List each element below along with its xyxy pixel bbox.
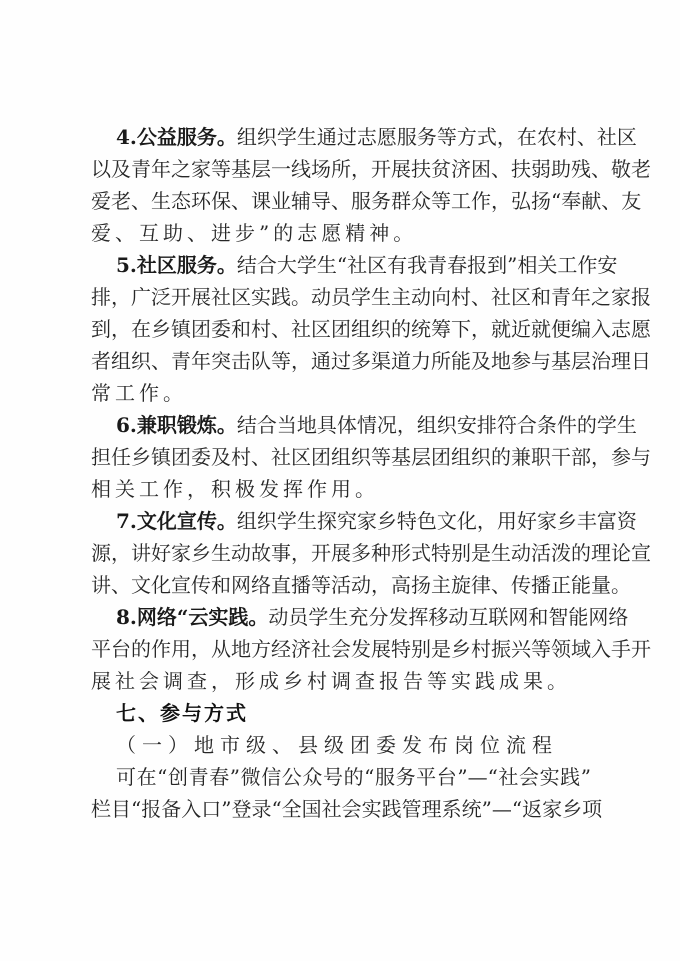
- paragraph-item-5-line-5: 常工作。: [91, 378, 591, 408]
- paragraph-item-7-line-1: 7.文化宣传。组织学生探究家乡特色文化，用好家乡丰富资: [116, 506, 591, 536]
- paragraph-item-8-line-1: 8.网络“云实践。动员学生充分发挥移动互联网和智能网络: [116, 602, 591, 632]
- paragraph-item-4-line-2: 以及青年之家等基层一线场所，开展扶贫济困、扶弱助残、敬老: [91, 154, 591, 184]
- item-4-text: 组织学生通过志愿服务等方式，在农村、社区: [237, 125, 637, 149]
- paragraph-item-8-line-3: 展社会调查，形成乡村调查报告等实践成果。: [91, 666, 591, 696]
- item-6-heading: 6.兼职锻炼。: [116, 413, 237, 437]
- item-5-heading: 5.社区服务。: [116, 253, 237, 277]
- paragraph-item-4-line-3: 爱老、生态环保、课业辅导、服务群众等工作，弘扬“奉献、友: [91, 186, 591, 216]
- section-heading: 七、参与方式: [116, 698, 591, 728]
- subsection-heading: （一）地市级、县级团委发布岗位流程: [116, 730, 591, 760]
- item-4-heading: 4.公益服务。: [116, 125, 237, 149]
- item-8-heading: 8.网络“云实践。: [116, 605, 268, 629]
- paragraph-item-5-line-1: 5.社区服务。结合大学生“社区有我青春报到”相关工作安: [116, 250, 591, 280]
- paragraph-item-8-line-2: 平台的作用，从地方经济社会发展特别是乡村振兴等领域入手开: [91, 634, 591, 664]
- paragraph-item-4-line-4: 爱、互助、进步”的志愿精神。: [91, 218, 591, 248]
- paragraph-item-6-line-1: 6.兼职锻炼。结合当地具体情况，组织安排符合条件的学生: [116, 410, 591, 440]
- item-7-text: 组织学生探究家乡特色文化，用好家乡丰富资: [237, 509, 637, 533]
- item-6-text: 结合当地具体情况，组织安排符合条件的学生: [237, 413, 637, 437]
- paragraph-item-5-line-3: 到，在乡镇团委和村、社区团组织的统筹下，就近就便编入志愿: [91, 314, 591, 344]
- final-paragraph-line-2: 栏目“报备入口”登录“全国社会实践管理系统”—“返家乡项: [91, 794, 591, 824]
- paragraph-item-6-line-3: 相关工作，积极发挥作用。: [91, 474, 591, 504]
- paragraph-item-7-line-3: 讲、文化宣传和网络直播等活动，高扬主旋律、传播正能量。: [91, 570, 591, 600]
- item-7-heading: 7.文化宣传。: [116, 509, 237, 533]
- paragraph-item-7-line-2: 源，讲好家乡生动故事，开展多种形式特别是生动活泼的理论宣: [91, 538, 591, 568]
- document-page: 4.公益服务。组织学生通过志愿服务等方式，在农村、社区 以及青年之家等基层一线场…: [0, 0, 680, 961]
- paragraph-item-5-line-2: 排，广泛开展社区实践。动员学生主动向村、社区和青年之家报: [91, 282, 591, 312]
- item-5-text: 结合大学生“社区有我青春报到”相关工作安: [237, 253, 617, 277]
- paragraph-item-4-line-1: 4.公益服务。组织学生通过志愿服务等方式，在农村、社区: [116, 122, 591, 152]
- final-paragraph-line-1: 可在“创青春”微信公众号的“服务平台”—“社会实践”: [116, 762, 591, 792]
- item-8-text: 动员学生充分发挥移动互联网和智能网络: [268, 605, 628, 629]
- paragraph-item-5-line-4: 者组织、青年突击队等，通过多渠道力所能及地参与基层治理日: [91, 346, 591, 376]
- paragraph-item-6-line-2: 担任乡镇团委及村、社区团组织等基层团组织的兼职干部，参与: [91, 442, 591, 472]
